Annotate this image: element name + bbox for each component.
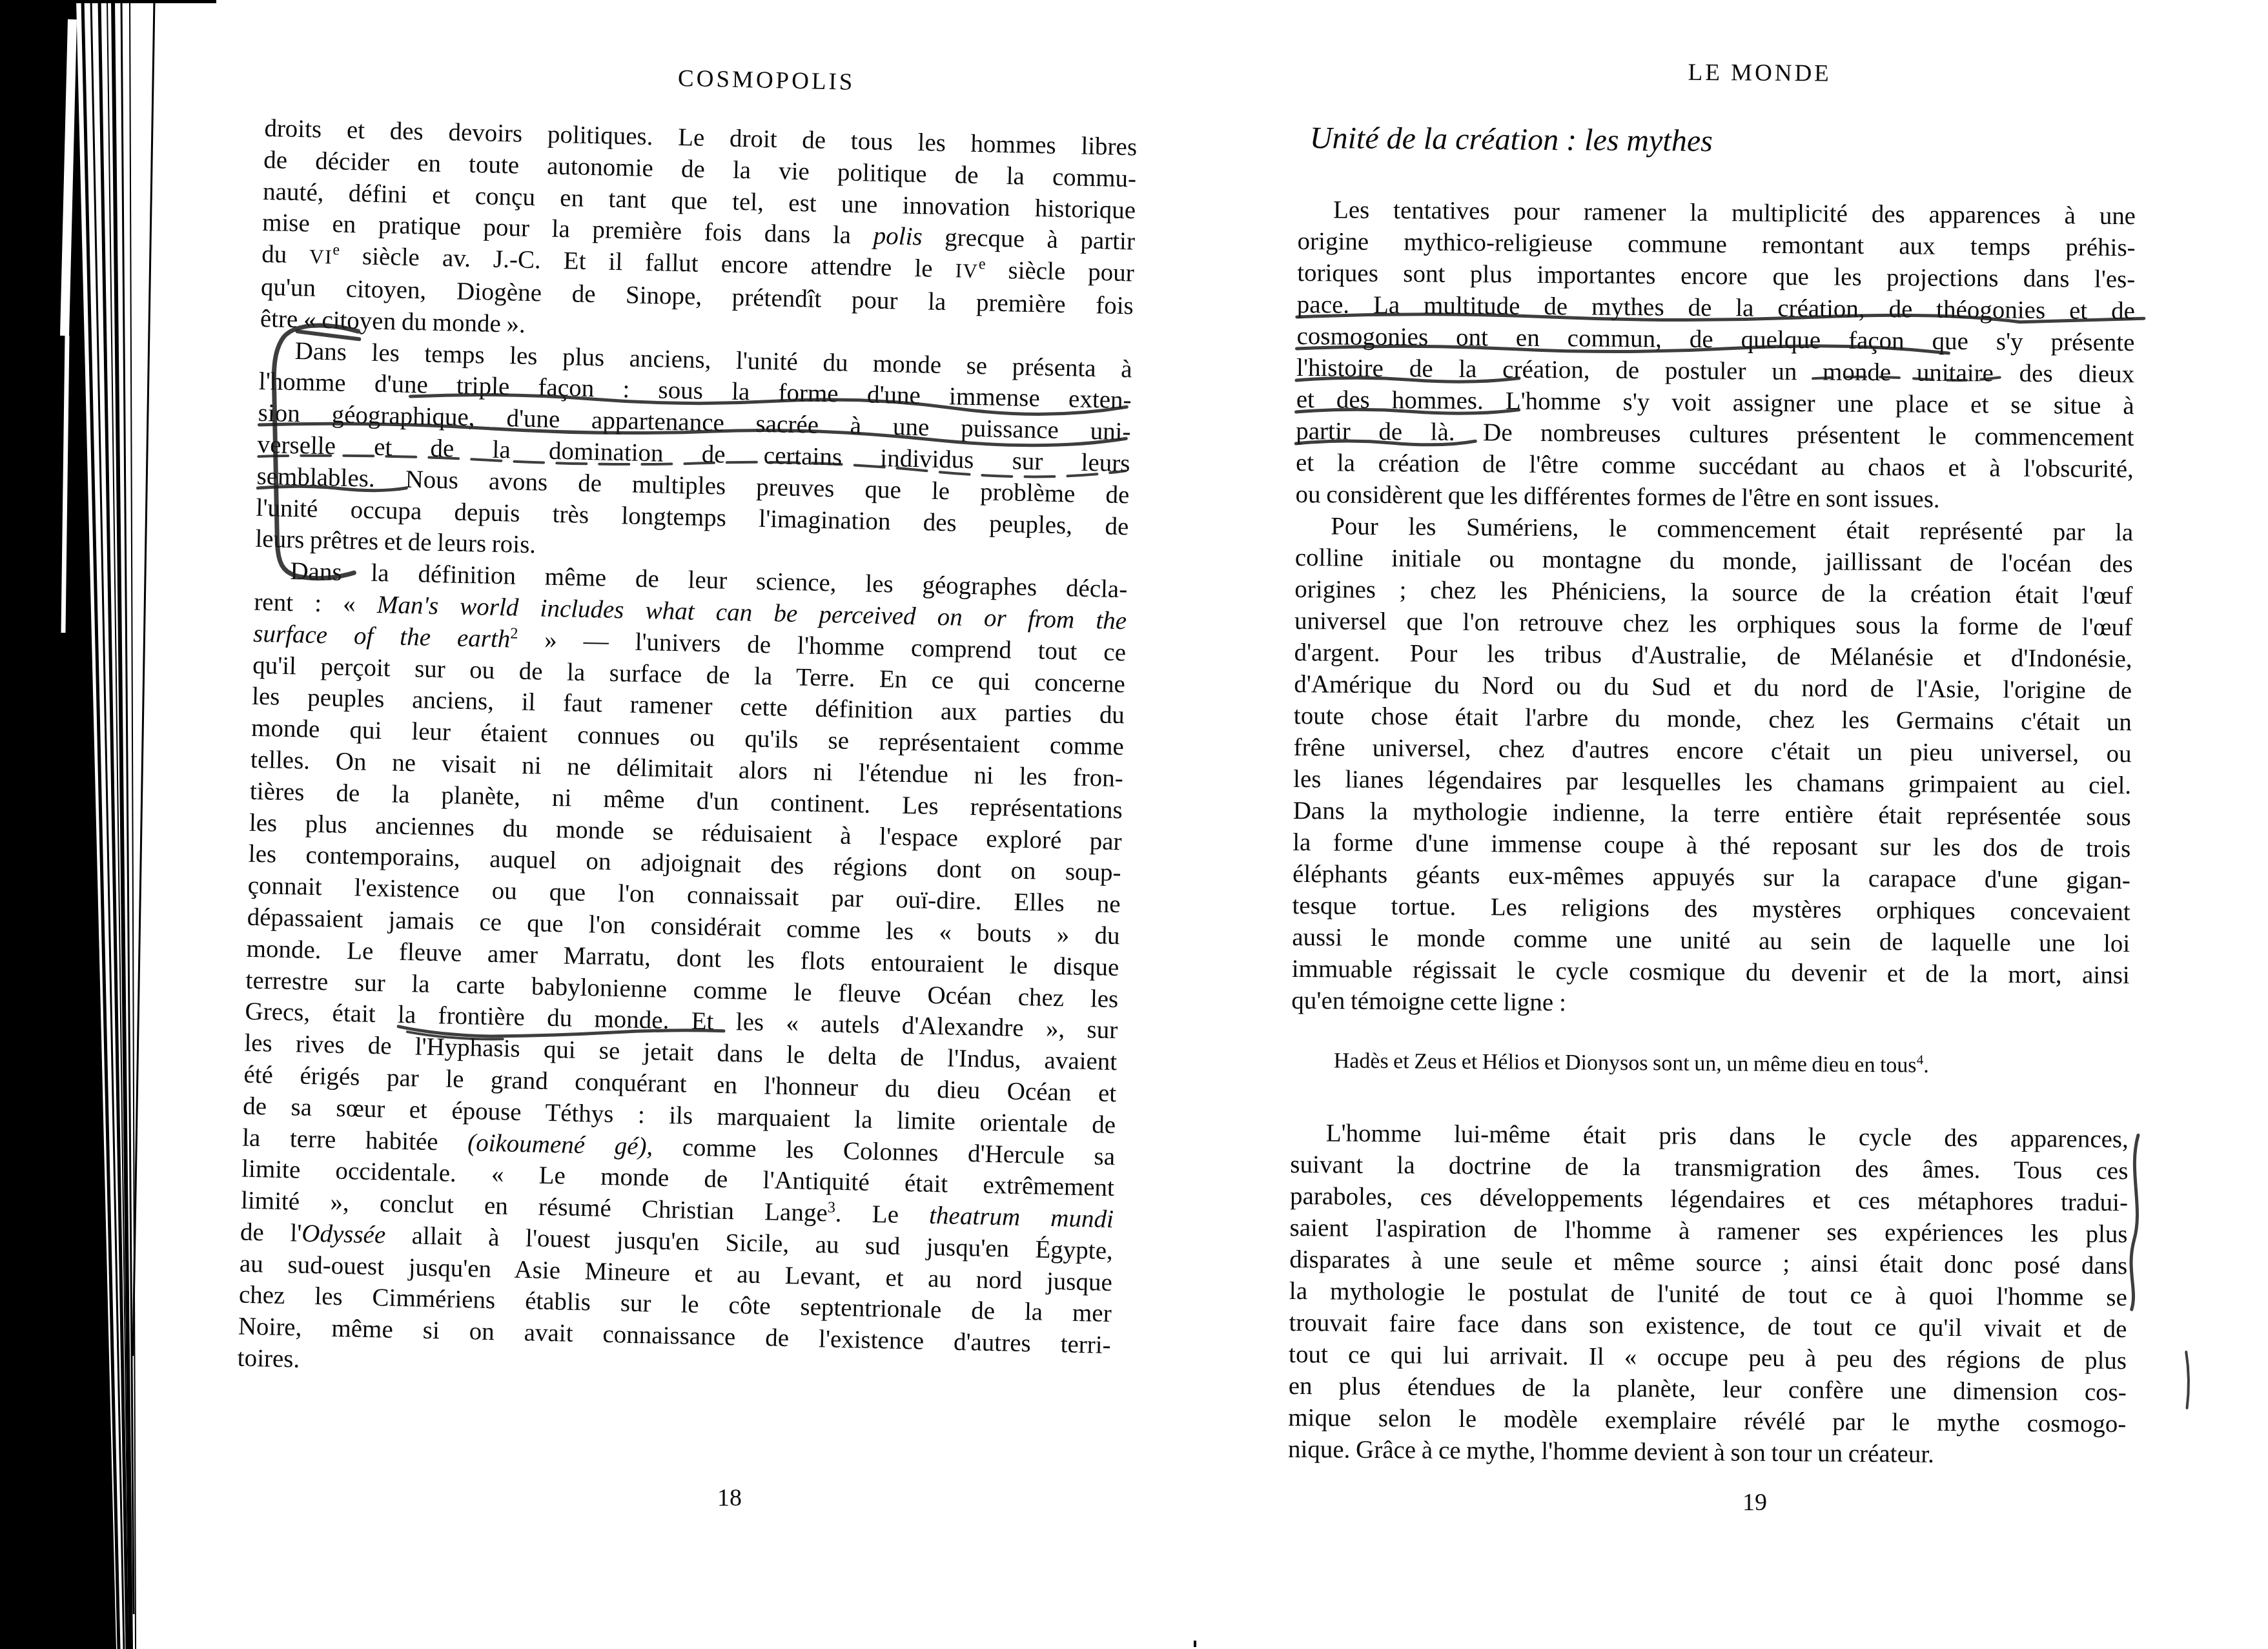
right-page-body-lower: L'homme lui-même était pris dans le cycl… [1288, 1117, 2129, 1471]
book-gutter-shadow [0, 0, 220, 1649]
right-running-header: LE MONDE [1299, 56, 2137, 90]
section-heading: Unité de la création : les mythes [1310, 120, 1713, 159]
scan-speck [1194, 1641, 1196, 1647]
block-quote: Hadès et Zeus et Hélios et Dionysos sont… [1334, 1048, 2096, 1080]
scan-edge-bar [0, 0, 216, 3]
left-running-header: COSMOPOLIS [265, 56, 1139, 102]
scanned-book-spread: COSMOPOLIS droits et des devoirs politiq… [0, 0, 2268, 1649]
right-page: LE MONDE Unité de la création : les myth… [1299, 52, 2137, 58]
page-edge-streak [133, 0, 154, 1356]
text-line: Hadès et Zeus et Hélios et Dionysos sont… [1334, 1048, 2096, 1080]
page-number: 18 [704, 1484, 755, 1512]
pencil-margin-line [2130, 1135, 2138, 1309]
gutter-black-wedge [0, 0, 116, 1649]
left-page-body: droits et des devoirs politiques. Le dro… [237, 113, 1137, 1393]
text-line: nique. Grâce à ce mythe, l'homme devient… [1288, 1433, 2126, 1471]
page-number: 19 [1729, 1488, 1781, 1517]
pencil-margin-line [2186, 1352, 2189, 1408]
right-page-body-upper: Les tentatives pour ramener la multiplic… [1291, 194, 2136, 1023]
left-page: COSMOPOLIS droits et des devoirs politiq… [266, 52, 1139, 70]
text-line: qu'en témoigne cette ligne : [1291, 985, 2129, 1023]
